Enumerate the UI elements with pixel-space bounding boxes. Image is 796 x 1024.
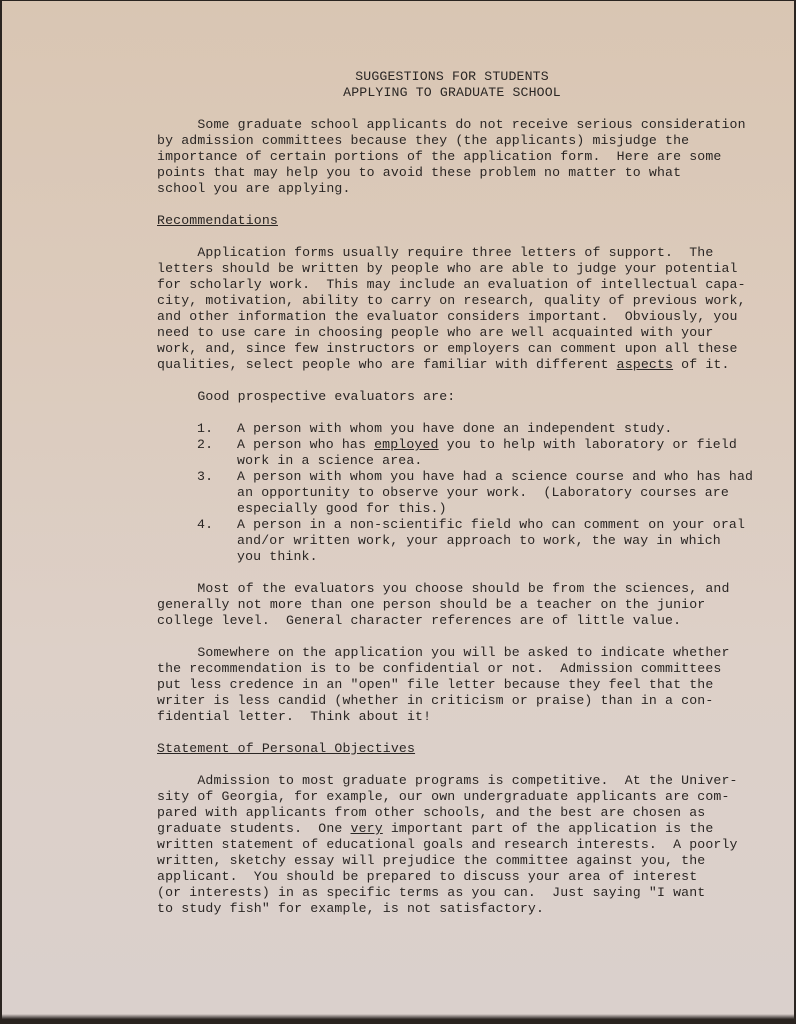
document-body: SUGGESTIONS FOR STUDENTS APPLYING TO GRA… xyxy=(157,69,767,917)
recommendations-paragraph-1: Application forms usually require three … xyxy=(157,245,767,373)
list-item: 1.A person with whom you have done an in… xyxy=(157,421,767,437)
underlined-word: employed xyxy=(374,437,439,452)
evaluator-list: 1.A person with whom you have done an in… xyxy=(157,421,767,565)
objectives-paragraph: Admission to most graduate programs is c… xyxy=(157,773,767,917)
scanned-page: SUGGESTIONS FOR STUDENTS APPLYING TO GRA… xyxy=(2,1,794,1019)
underlined-word: aspects xyxy=(617,357,673,372)
title-line-1: SUGGESTIONS FOR STUDENTS xyxy=(157,69,747,85)
section-heading-objectives: Statement of Personal Objectives xyxy=(157,741,767,757)
underlined-word: very xyxy=(351,821,383,836)
list-intro: Good prospective evaluators are: xyxy=(157,389,767,405)
intro-paragraph: Some graduate school applicants do not r… xyxy=(157,117,767,197)
recommendations-paragraph-2: Most of the evaluators you choose should… xyxy=(157,581,767,629)
list-item: 4.A person in a non-scientific field who… xyxy=(157,517,767,565)
section-heading-recommendations: Recommendations xyxy=(157,213,767,229)
title-line-2: APPLYING TO GRADUATE SCHOOL xyxy=(157,85,747,101)
list-item: 2.A person who has employed you to help … xyxy=(157,437,767,469)
recommendations-paragraph-3: Somewhere on the application you will be… xyxy=(157,645,767,725)
list-item: 3.A person with whom you have had a scie… xyxy=(157,469,767,517)
document-title: SUGGESTIONS FOR STUDENTS APPLYING TO GRA… xyxy=(157,69,747,101)
